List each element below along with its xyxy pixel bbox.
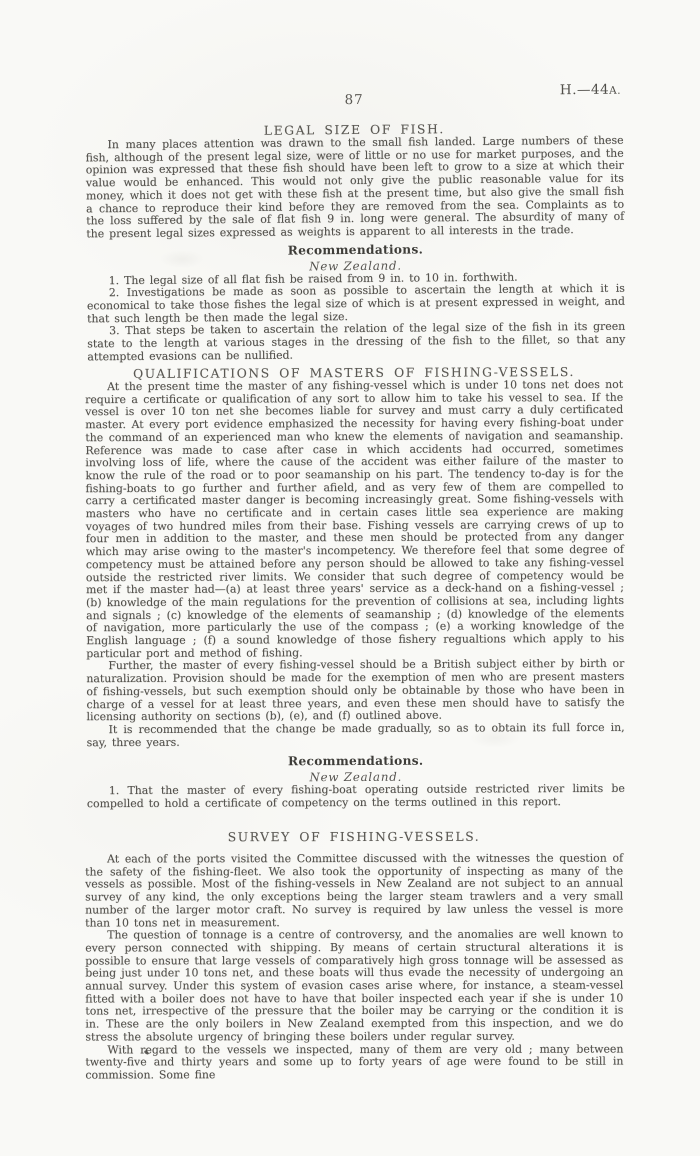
recommendation-item: 1. That the master of every fishing-boat… bbox=[87, 783, 625, 811]
page-header: 87 H.—44A. bbox=[85, 82, 623, 111]
page-content: 87 H.—44A. LEGAL SIZE OF FISH. In many p… bbox=[85, 84, 623, 1082]
document-reference-main: H.—44 bbox=[560, 82, 609, 98]
document-reference: H.—44A. bbox=[560, 82, 621, 99]
section-legal-size: 87 H.—44A. LEGAL SIZE OF FISH. In many p… bbox=[85, 82, 625, 364]
survey-paragraph: With regard to the vessels we inspected,… bbox=[85, 1043, 623, 1082]
recommendation-item: 2. Investigations be made as soon as pos… bbox=[87, 283, 625, 326]
section-qualifications: QUALIFICATIONS OF MASTERS OF FISHING-VES… bbox=[85, 364, 625, 810]
recommendation-item: 3. That steps be taken to ascertain the … bbox=[87, 321, 625, 364]
qualifications-paragraph: At the present time the master of any fi… bbox=[85, 378, 624, 660]
qualifications-paragraph: It is recommended that the change be mad… bbox=[87, 721, 625, 749]
survey-paragraph: The question of tonnage is a centre of c… bbox=[85, 929, 623, 1044]
heading-survey-of-fishing-vessels: SURVEY OF FISHING-VESSELS. bbox=[85, 830, 623, 845]
recommendations-heading: Recommendations. bbox=[87, 753, 625, 769]
section-survey: SURVEY OF FISHING-VESSELS. At each of th… bbox=[85, 830, 623, 1083]
survey-paragraph: At each of the ports visited the Committ… bbox=[85, 853, 623, 930]
qualifications-paragraph: Further, the master of every fishing-ves… bbox=[86, 658, 624, 724]
page-number: 87 bbox=[85, 82, 623, 111]
document-reference-suffix: A. bbox=[609, 85, 621, 97]
legal-size-paragraph: In many places attention was drawn to th… bbox=[85, 135, 624, 241]
